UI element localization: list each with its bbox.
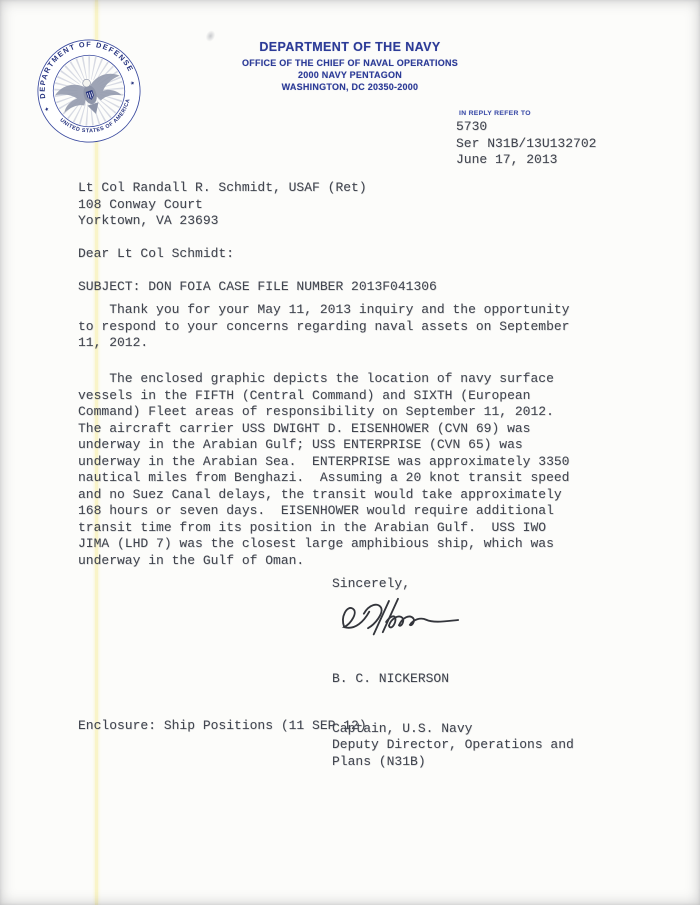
salutation: Dear Lt Col Schmidt: [78,246,234,263]
signature-block: B. C. NICKERSON Captain, U.S. Navy Deput… [332,638,574,803]
letterhead: DEPARTMENT OF THE NAVY OFFICE OF THE CHI… [0,40,700,93]
letterhead-city: WASHINGTON, DC 20350-2000 [0,81,700,93]
valediction: Sincerely, [332,576,410,593]
letterhead-address: 2000 NAVY PENTAGON [0,69,700,81]
reference-lines: 5730 Ser N31B/13U132702 June 17, 2013 [456,119,596,169]
letterhead-department: DEPARTMENT OF THE NAVY [0,40,700,55]
enclosure-line: Enclosure: Ship Positions (11 SEP 12) [78,718,367,735]
body-paragraph-1: Thank you for your May 11, 2013 inquiry … [78,302,569,352]
recipient-address: Lt Col Randall R. Schmidt, USAF (Ret) 10… [78,180,367,230]
in-reply-refer-to-label: IN REPLY REFER TO [459,110,531,117]
subject-line: SUBJECT: DON FOIA CASE FILE NUMBER 2013F… [78,279,437,296]
letterhead-office: OFFICE OF THE CHIEF OF NAVAL OPERATIONS [0,57,700,69]
handwritten-signature [330,594,480,636]
signer-name: B. C. NICKERSON [332,671,574,688]
scanned-letter-page: DEPARTMENT OF DEFENSE UNITED STATES OF A… [0,0,700,905]
body-paragraph-2: The enclosed graphic depicts the locatio… [78,371,569,569]
signer-title: Captain, U.S. Navy Deputy Director, Oper… [332,721,574,771]
